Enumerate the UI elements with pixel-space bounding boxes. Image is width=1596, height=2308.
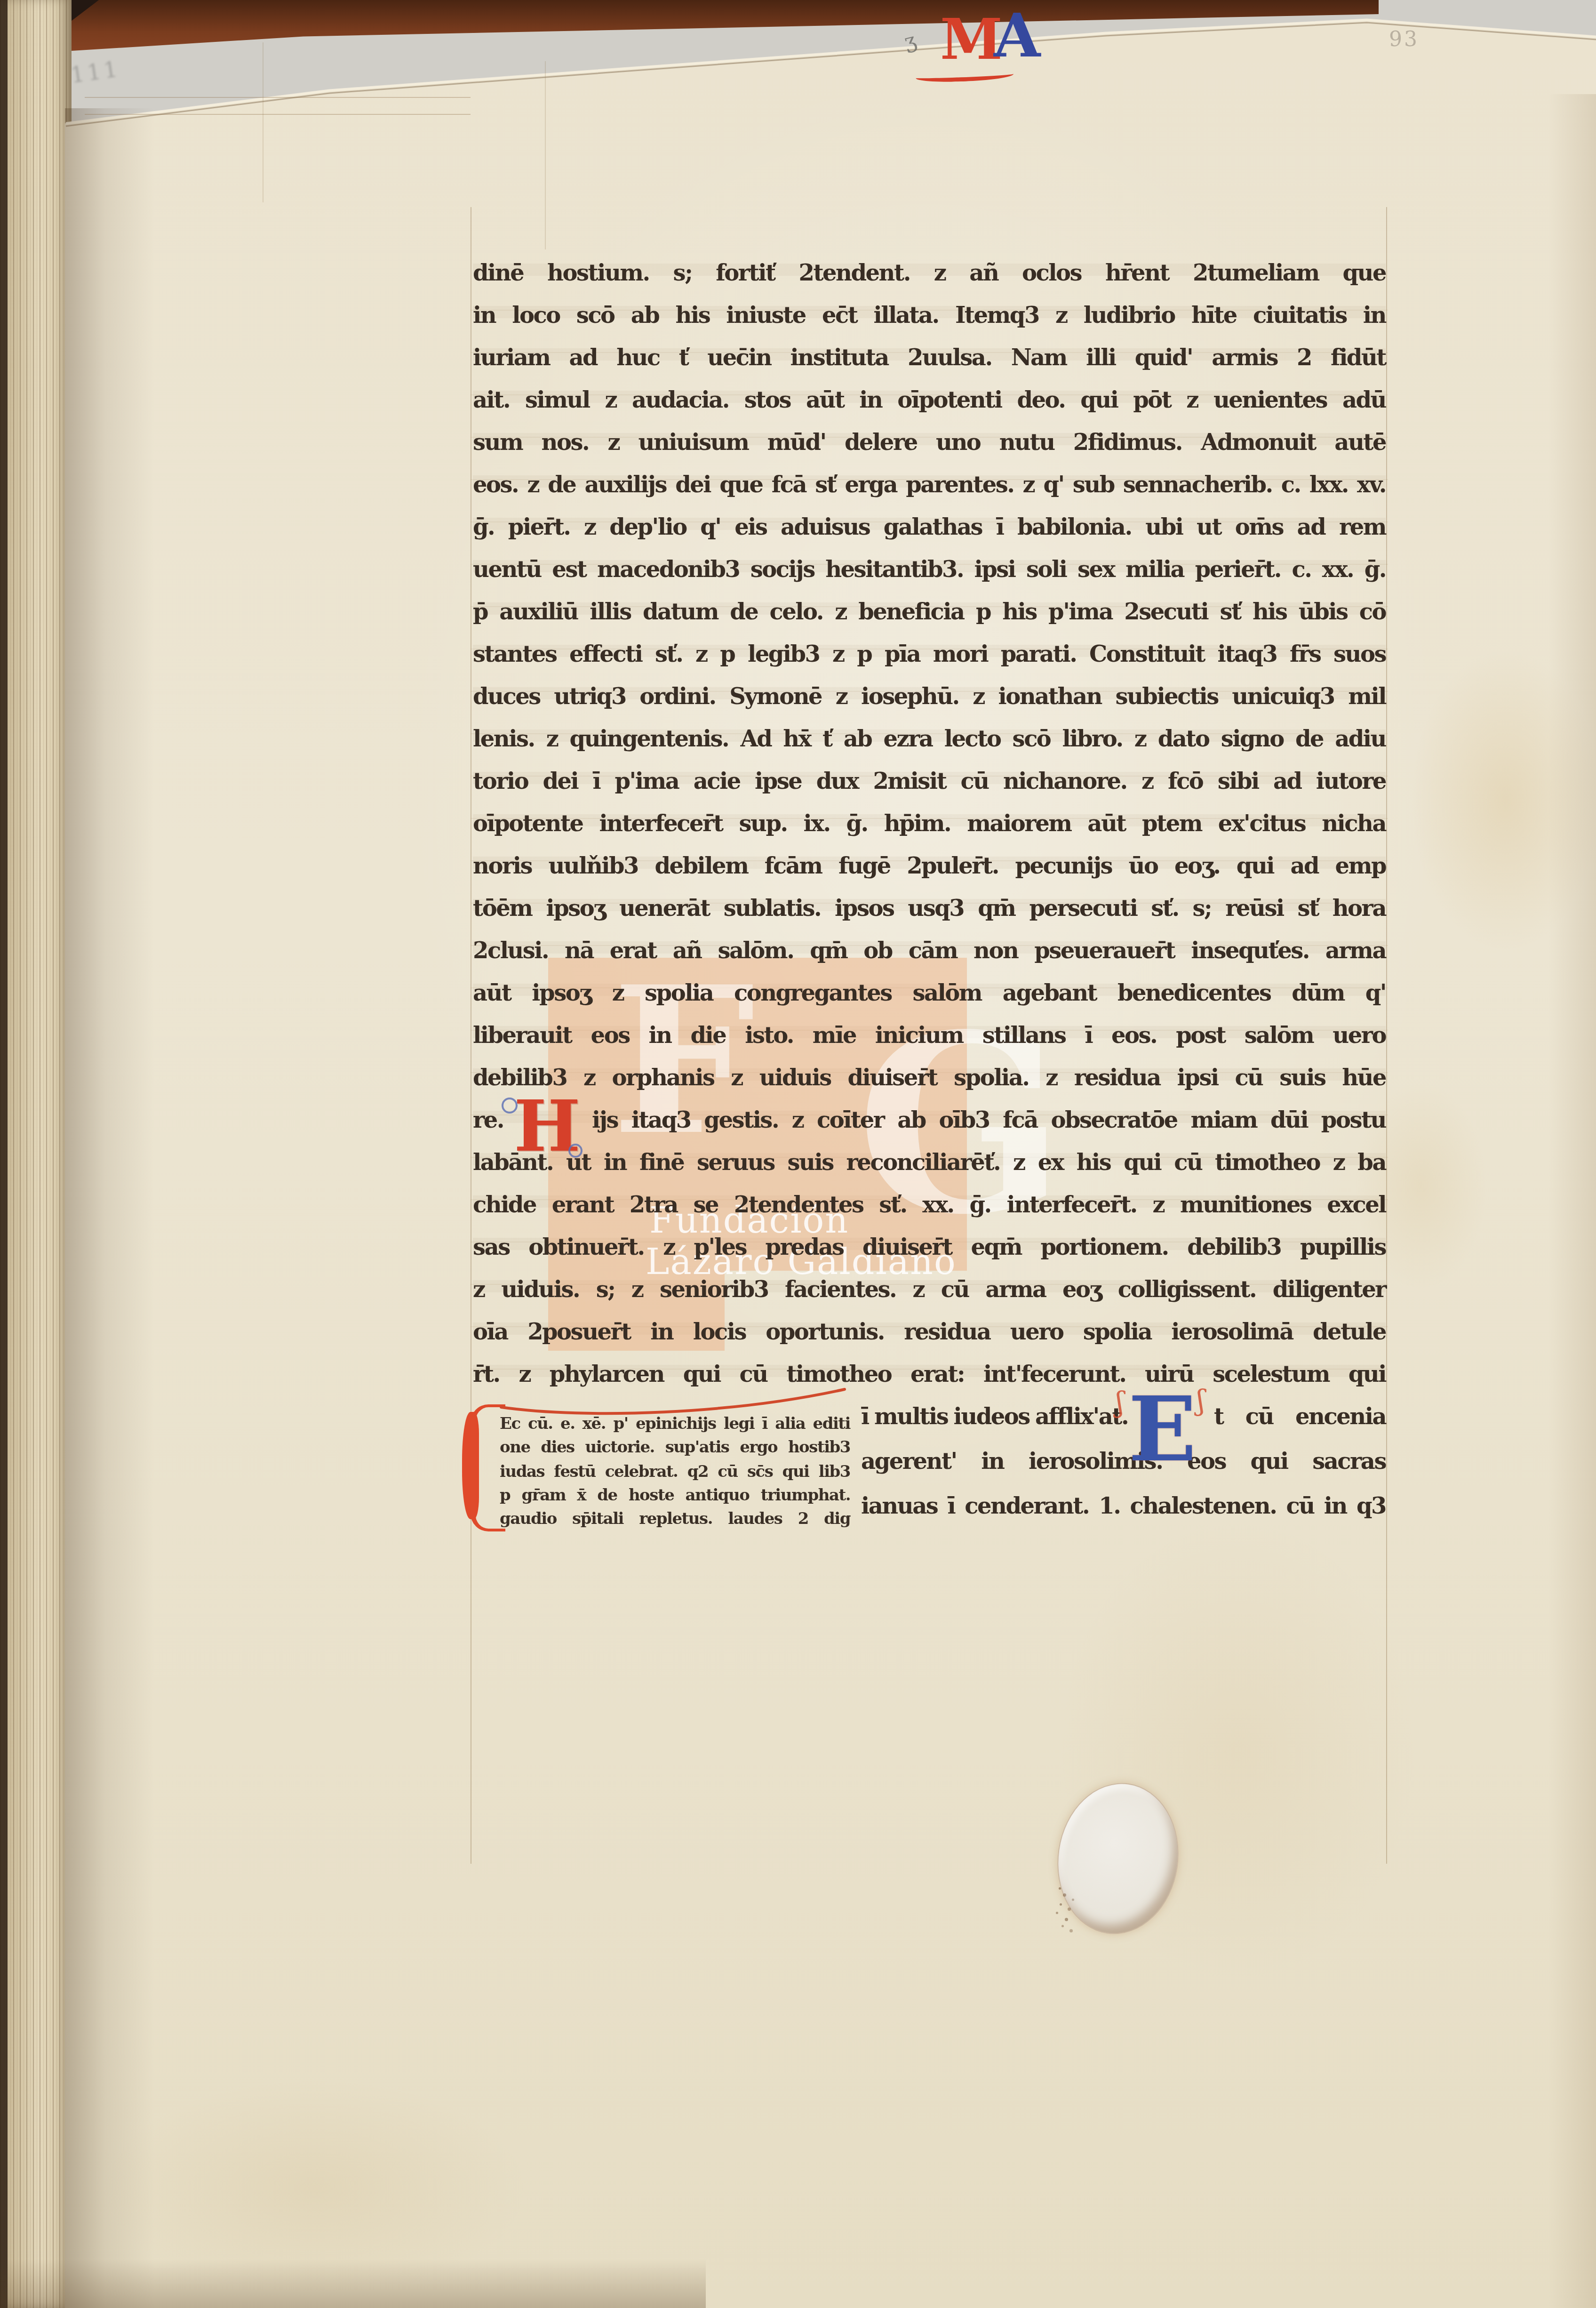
text-line: chide erant 2tra se 2tendentes sť. xx. ḡ… [473,1191,1386,1222]
text-line-right-col: ī multis iudeos afflix'at. [861,1402,1125,1434]
stain-right-margin [1412,649,1596,951]
text-line: liberauit eos in die isto. mīe inicium s… [473,1021,1386,1052]
text-line-right-col: ianuas ī cenderant. 1. chalestenen. cū i… [861,1492,1386,1523]
red-filigree-left: ʃ [1116,1388,1124,1417]
page-right-shade [1548,94,1596,2308]
text-line: lenis. z quingentenis. Ad hx̄ ť ab ezra … [473,725,1386,756]
stain-bottom-left [104,2080,527,2297]
ruling-vertical-margin1 [263,42,263,202]
header-letter-a: A [994,6,1040,66]
text-line: sum nos. z uniuisum mūd' delere uno nutu… [473,428,1386,459]
text-line: uentū est macedonib3 socijs hesitantib3.… [473,555,1386,586]
text-line: torio dei ī p'ima acie ipse dux 2misit c… [473,767,1386,798]
text-line: stantes effecti sť. z p legib3 z p pīa m… [473,640,1386,671]
hole-speckles [1059,1887,1061,1890]
text-line: tōēm ipsoʒ uenerāt sublatis. ipsos usq3 … [473,894,1386,925]
gloss-line: gaudio sp̄itali repletus. laudes 2 dig [500,1508,850,1532]
text-line: noris uulňib3 debilem fcām fugē 2puler̄t… [473,852,1386,883]
text-line: debilib3 z orphanis z uiduis diuiser̄t s… [473,1064,1386,1095]
manuscript-photo: F G Fundación Lázaro Galdiano ʒ M A 93 1… [0,0,1596,2308]
text-line: iuriam ad huc ť uec̄in instituta 2uulsa.… [473,344,1386,375]
text-line: dinē hostium. s; fortiť 2tendent. z añ o… [473,259,1386,290]
text-line-right-col: agerent' in ierosolimis. eos qui sacras [861,1447,1386,1478]
text-line: in loco scō ab his iniuste ec̄t illata. … [473,301,1386,332]
binding-spine-sliver [0,0,8,2308]
ruling-vertical-margin2 [545,61,546,249]
gloss-line: one dies uictorie. sup'atis ergo hostib3 [500,1437,850,1460]
text-line: ait. simul z audacia. stos aūt in oīpote… [473,386,1386,417]
text-line: z uiduis. s; z seniorib3 facientes. z cū… [473,1275,1386,1306]
text-line: oīpotente interfecer̄t sup. ix. ḡ. hp̄im… [473,809,1386,841]
gloss-line: iudas festū celebrat. q2 cū sc̄s qui lib… [500,1461,850,1485]
text-line-right-col: t cū encenia [1214,1402,1386,1434]
red-filigree-right: ʃ [1197,1386,1205,1415]
text-line: labānt. ut in finē seruus suis reconcili… [473,1148,1386,1179]
text-line: duces utriq3 ordini. Symonē z iosephū. z… [473,682,1386,713]
blue-penwork-curl [568,1144,583,1158]
text-line: aūt ipsoʒ z spolia congregantes salōm ag… [473,979,1386,1010]
text-line: 2clusi. nā erat añ salōm. qm̄ ob cām non… [473,937,1386,968]
blue-initial-e: E [1128,1385,1197,1474]
text-line: oīa 2posuer̄t in locis oportunis. residu… [473,1318,1386,1349]
text-line: eos. z de auxilijs dei que fcā sť erga p… [473,471,1386,502]
folio-number: 93 [1389,27,1419,51]
pencil-smudge: 111 [69,56,122,88]
blue-penwork-curl [502,1098,518,1114]
text-line: p̄ auxiliū illis datum de celo. z benefi… [473,598,1386,629]
text-line: ijs itaq3 gestis. z coīter ab oīb3 fcā o… [592,1106,1386,1137]
gutter-shadow [65,108,154,2308]
header-letter-m: M [940,11,1003,68]
book-fore-edge-pages [0,0,72,2308]
ruling-horizontal2 [85,114,471,115]
ruling-horizontal1 [85,97,471,98]
gloss-line: p gr̄am x̄ de hoste antiquo triumphat. [500,1485,850,1508]
text-line: ḡ. pier̄t. z dep'lio q' eis aduisus gala… [473,513,1386,544]
gloss-line: Ec cū. e. xē. p' epinichijs legi ī alia … [500,1413,850,1437]
text-line: sas obtinuer̄t. z p'les predas diuiser̄t… [473,1233,1386,1264]
